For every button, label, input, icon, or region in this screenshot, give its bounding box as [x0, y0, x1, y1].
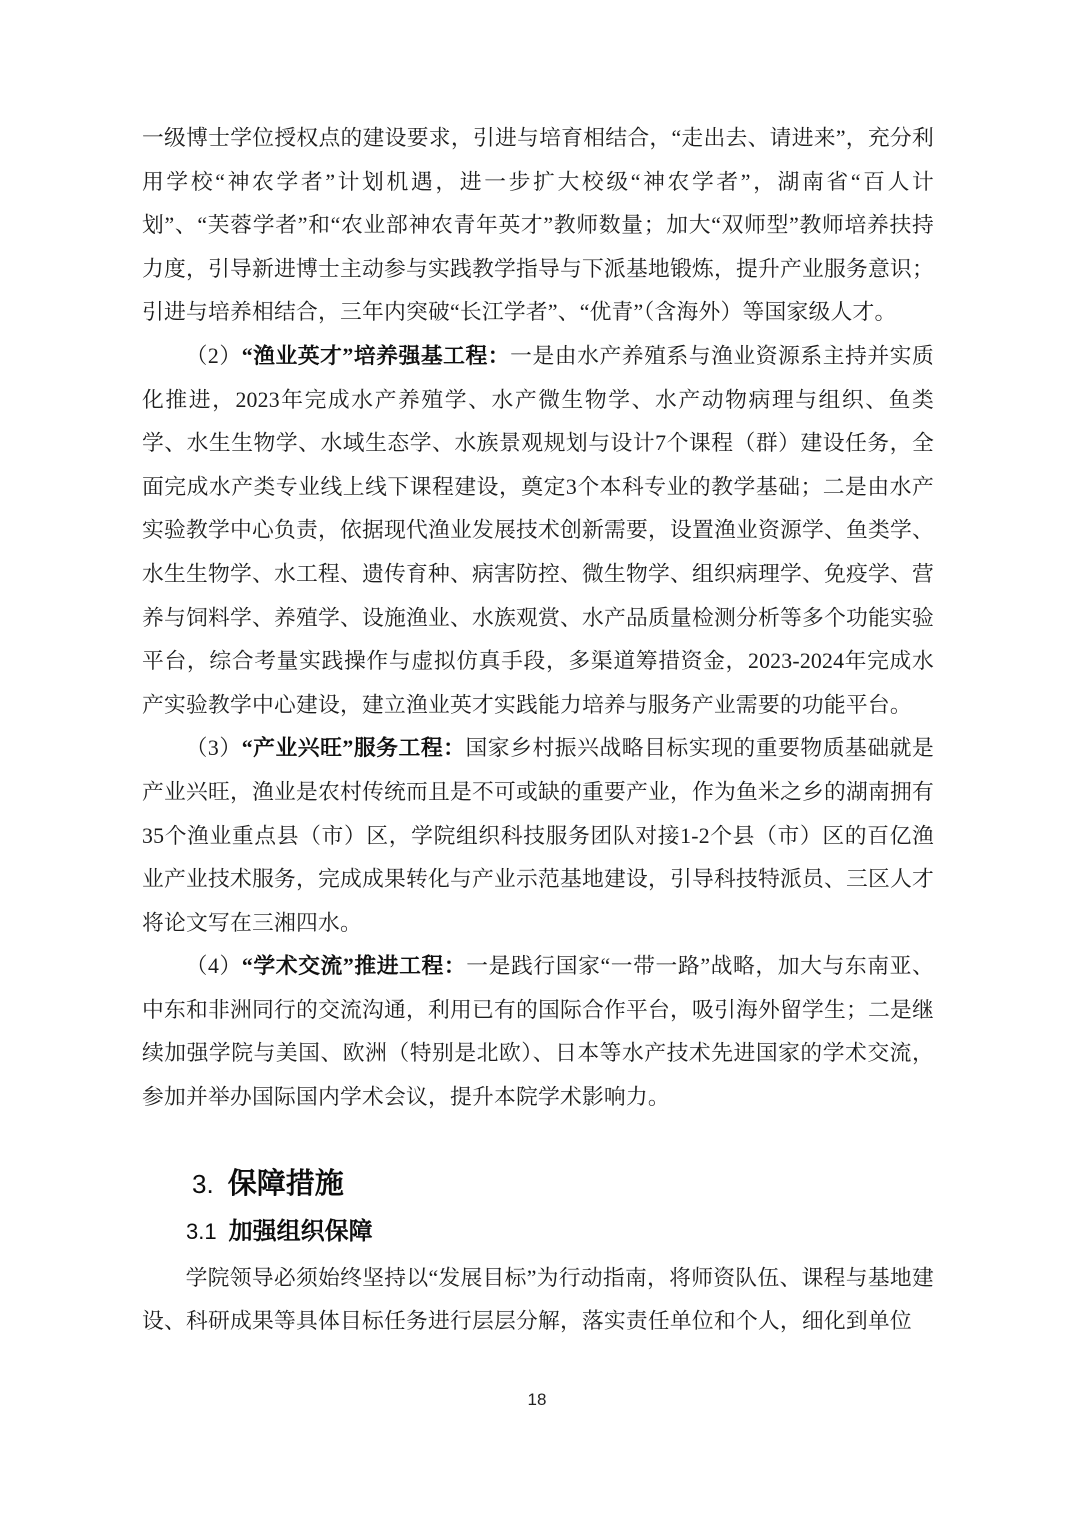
- paragraph-text: 一是由水产养殖系与渔业资源系主持并实质化推进，2023年完成水产养殖学、水产微生…: [142, 344, 934, 717]
- paragraph: 一级博士学位授权点的建设要求，引进与培育相结合，“走出去、请进来”，充分利用学校…: [142, 117, 934, 335]
- paragraph-bold-label: “产业兴旺”服务工程：: [242, 736, 466, 760]
- paragraph: （4）“学术交流”推进工程：一是践行国家“一带一路”战略，加大与东南亚、中东和非…: [142, 945, 934, 1119]
- paragraph: （2）“渔业英才”培养强基工程：一是由水产养殖系与渔业资源系主持并实质化推进，2…: [142, 335, 934, 727]
- paragraph-bold-label: “渔业英才”培养强基工程：: [242, 344, 510, 368]
- section-heading-number: 3.: [192, 1169, 214, 1199]
- subsection-heading-title: 加强组织保障: [229, 1218, 373, 1245]
- document-page: 一级博士学位授权点的建设要求，引进与培育相结合，“走出去、请进来”，充分利用学校…: [0, 0, 1074, 1520]
- paragraph-bold-label: “学术交流”推进工程：: [242, 954, 466, 978]
- paragraph-text: 一级博士学位授权点的建设要求，引进与培育相结合，“走出去、请进来”，充分利用学校…: [142, 126, 934, 324]
- subsection-heading: 3.1加强组织保障: [186, 1216, 934, 1247]
- page-number: 18: [0, 1390, 1074, 1410]
- paragraph-text: 国家乡村振兴战略目标实现的重要物质基础就是产业兴旺，渔业是农村传统而且是不可或缺…: [142, 736, 934, 934]
- document-content: 一级博士学位授权点的建设要求，引进与培育相结合，“走出去、请进来”，充分利用学校…: [142, 117, 934, 1344]
- paragraph-text: 学院领导必须始终坚持以“发展目标”为行动指南，将师资队伍、课程与基地建设、科研成…: [142, 1266, 934, 1334]
- paragraph-number: （3）: [186, 736, 242, 760]
- subsection-heading-number: 3.1: [186, 1219, 217, 1244]
- paragraph: （3）“产业兴旺”服务工程：国家乡村振兴战略目标实现的重要物质基础就是产业兴旺，…: [142, 727, 934, 945]
- section-heading: 3.保障措施: [192, 1166, 934, 1202]
- paragraph: 学院领导必须始终坚持以“发展目标”为行动指南，将师资队伍、课程与基地建设、科研成…: [142, 1257, 934, 1344]
- section-heading-title: 保障措施: [228, 1168, 344, 1200]
- paragraph-number: （2）: [186, 344, 242, 368]
- paragraph-number: （4）: [186, 954, 242, 978]
